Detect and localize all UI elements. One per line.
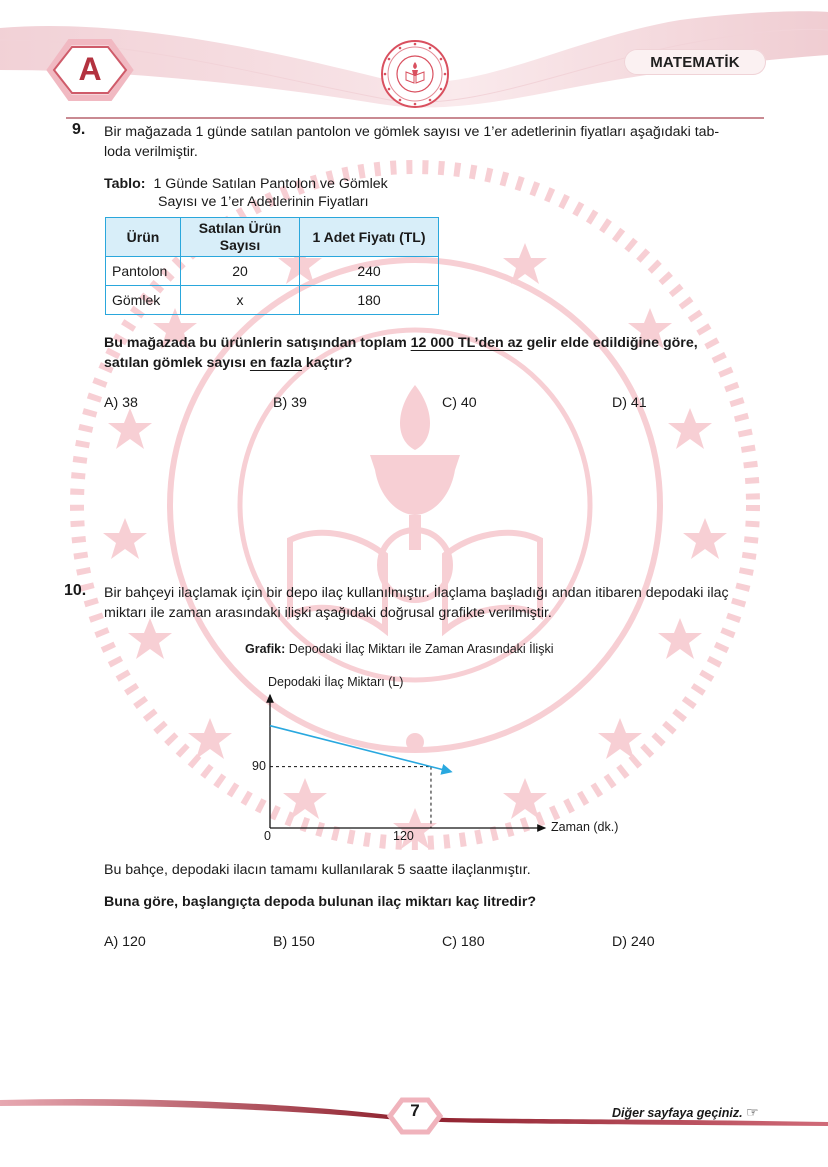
page-content: A MATEMATİK 9. Bir mağazada 1 günde satı… <box>0 0 828 1167</box>
question-10-stem: Buna göre, başlangıçta depoda bulunan il… <box>104 892 536 912</box>
pointing-hand-icon: ☞ <box>746 1104 759 1120</box>
question-10-option-c[interactable]: C) 180 <box>442 934 485 950</box>
chart-origin-label: 0 <box>264 829 271 843</box>
question-10-option-d[interactable]: D) 240 <box>612 934 655 950</box>
chart-ylabel: Depodaki İlaç Miktarı (L) <box>268 675 403 689</box>
chart-xlabel: Zaman (dk.) <box>551 820 618 834</box>
next-page-text: Diğer sayfaya geçiniz. <box>612 1106 743 1120</box>
line-chart <box>0 0 828 1167</box>
question-10-info: Bu bahçe, depodaki ilacın tamamı kullanı… <box>104 860 531 880</box>
data-line <box>270 726 451 772</box>
question-10-option-b[interactable]: B) 150 <box>273 934 315 950</box>
chart-xtick-120: 120 <box>393 829 414 843</box>
question-10-option-a[interactable]: A) 120 <box>104 934 146 950</box>
chart-ytick-90: 90 <box>252 759 266 773</box>
page-number: 7 <box>398 1101 432 1121</box>
next-page-note: Diğer sayfaya geçiniz. ☞ <box>612 1104 759 1121</box>
